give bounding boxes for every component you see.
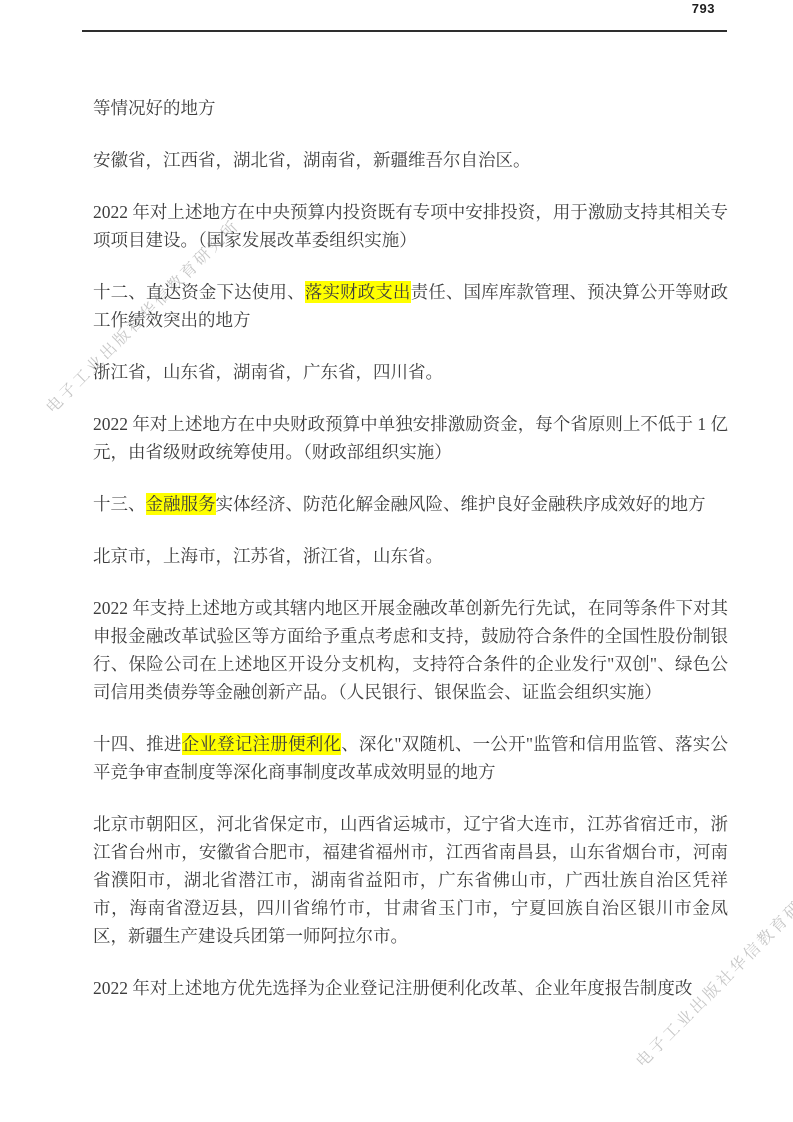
highlighted-text: 企业登记注册便利化 — [182, 733, 342, 755]
section-heading-14: 十四、推进企业登记注册便利化、深化"双随机、一公开"监管和信用监管、落实公平竞争… — [93, 730, 728, 786]
paragraph-fiscal-incentive: 2022 年对上述地方在中央财政预算中单独安排激励资金，每个省原则上不低于 1 … — [93, 410, 728, 466]
highlighted-text: 落实财政支出 — [305, 281, 411, 303]
heading-text: 实体经济、防范化解金融风险、维护良好金融秩序成效好的地方 — [216, 494, 706, 514]
heading-text: 十三、 — [93, 494, 146, 514]
header-rule — [82, 30, 727, 32]
province-list: 北京市，上海市，江苏省，浙江省，山东省。 — [93, 542, 728, 570]
page-number: 793 — [692, 1, 715, 16]
paragraph-financial-reform: 2022 年支持上述地方或其辖内地区开展金融改革创新先行先试，在同等条件下对其申… — [93, 594, 728, 706]
province-list: 浙江省，山东省，湖南省，广东省，四川省。 — [93, 358, 728, 386]
paragraph-incentive-investment: 2022 年对上述地方在中央预算内投资既有专项中安排投资，用于激励支持其相关专项… — [93, 198, 728, 254]
document-page: 793 电子工业出版社华信教育研究所 电子工业出版社华信教育研究所 等情况好的地… — [0, 0, 793, 1122]
city-list: 北京市朝阳区，河北省保定市，山西省运城市，辽宁省大连市，江苏省宿迁市，浙江省台州… — [93, 810, 728, 950]
heading-text: 十二、直达资金下达使用、 — [93, 282, 305, 302]
province-list: 安徽省，江西省，湖北省，湖南省，新疆维吾尔自治区。 — [93, 146, 728, 174]
heading-text: 十四、推进 — [93, 734, 182, 754]
highlighted-text: 金融服务 — [146, 493, 216, 515]
paragraph-continuation: 等情况好的地方 — [93, 94, 728, 122]
document-body: 等情况好的地方 安徽省，江西省，湖北省，湖南省，新疆维吾尔自治区。 2022 年… — [93, 94, 728, 1026]
paragraph-registration-reform: 2022 年对上述地方优先选择为企业登记注册便利化改革、企业年度报告制度改 — [93, 974, 728, 1002]
section-heading-12: 十二、直达资金下达使用、落实财政支出责任、国库库款管理、预决算公开等财政工作绩效… — [93, 278, 728, 334]
section-heading-13: 十三、金融服务实体经济、防范化解金融风险、维护良好金融秩序成效好的地方 — [93, 490, 728, 518]
